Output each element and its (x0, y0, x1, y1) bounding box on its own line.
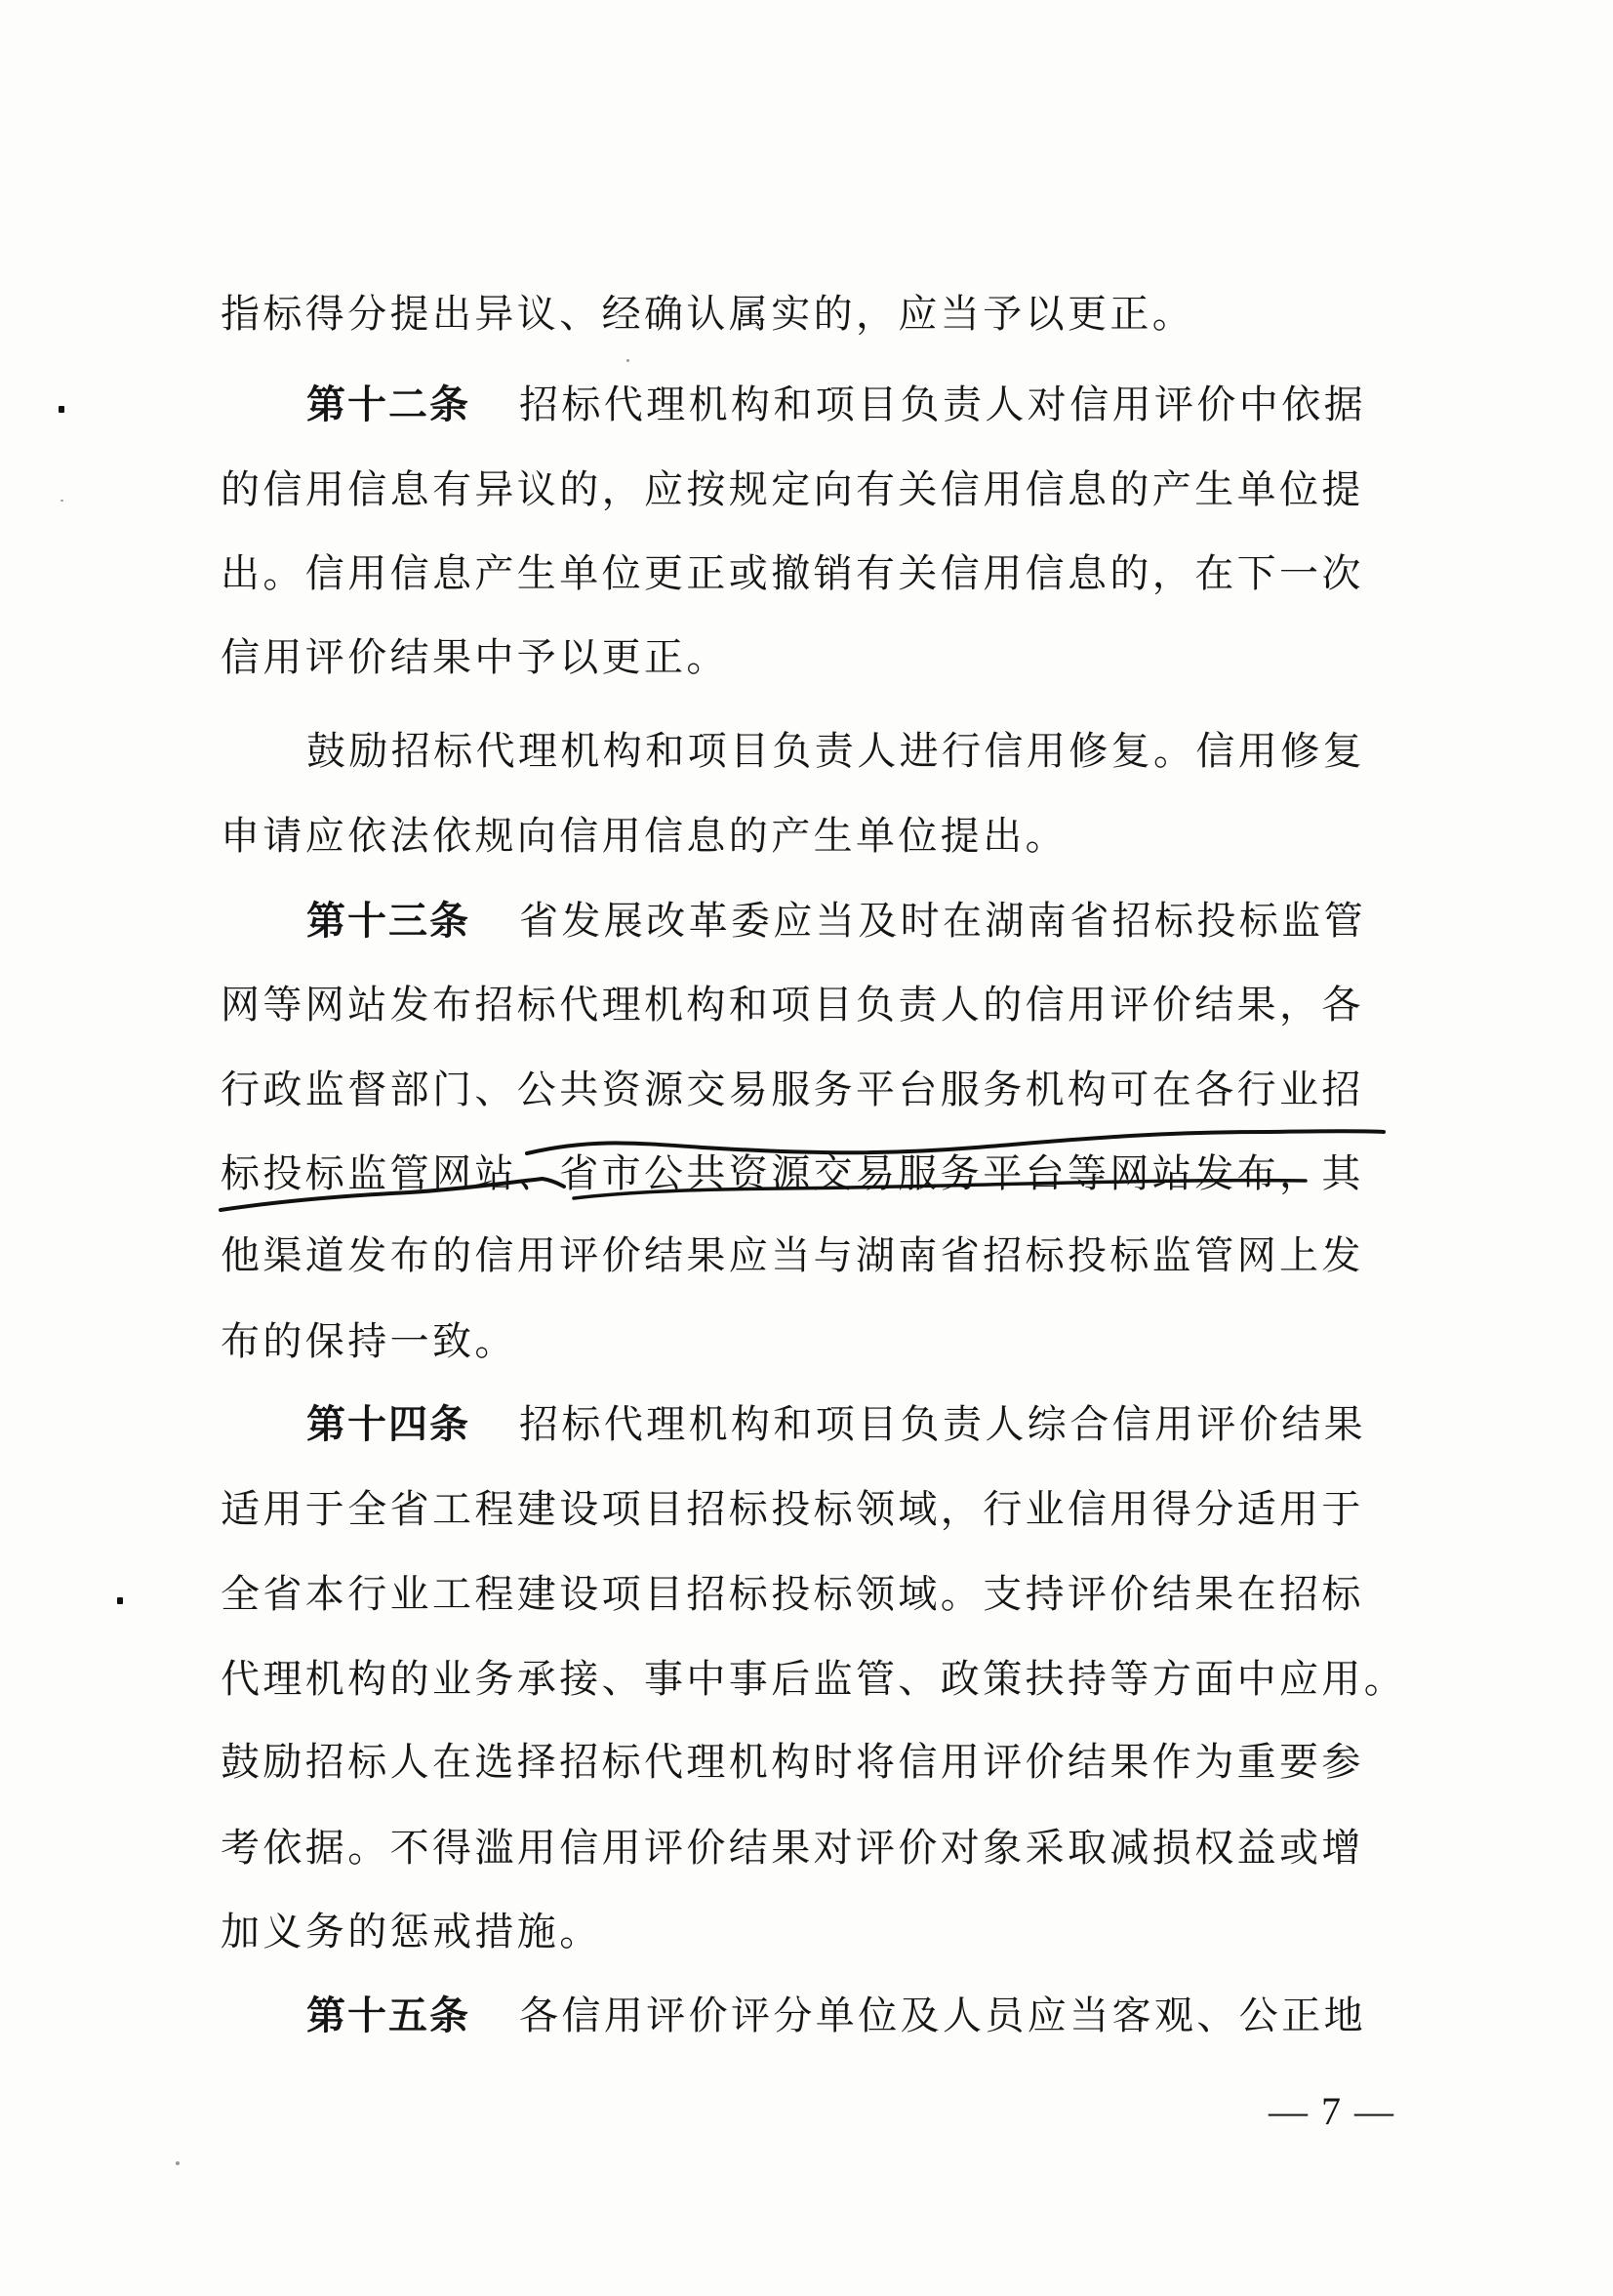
text-line: 的信用信息有异议的，应按规定向有关信用信息的产生单位提 (221, 466, 1411, 513)
text-line: 布的保持一致。 (221, 1318, 1411, 1365)
scan-speck (176, 2161, 180, 2165)
text-line: 申请应依法依规向信用信息的产生单位提出。 (221, 813, 1411, 860)
text-line: 鼓励招标代理机构和项目负责人进行信用修复。信用修复 (306, 728, 1497, 775)
text-line: 鼓励招标人在选择招标代理机构时将信用评价结果作为重要参 (221, 1739, 1411, 1786)
margin-mark (59, 406, 64, 413)
text-line: 各信用评价评分单位及人员应当客观、公正地 (519, 1994, 1366, 2038)
article-14-first-line: 第十四条招标代理机构和项目负责人综合信用评价结果 (306, 1401, 1497, 1448)
text-line: 信用评价结果中予以更正。 (221, 634, 1411, 681)
text-line: 出。信用信息产生单位更正或撤销有关信用信息的，在下一次 (221, 550, 1411, 597)
text-line: 招标代理机构和项目负责人对信用评价中依据 (519, 383, 1366, 427)
article-12-first-line: 第十二条招标代理机构和项目负责人对信用评价中依据 (306, 382, 1497, 428)
text-line: 考依据。不得滥用信用评价结果对评价对象采取减损权益或增 (221, 1825, 1411, 1872)
scan-speck (60, 500, 63, 502)
margin-mark (117, 1597, 123, 1604)
scan-speck (626, 359, 629, 362)
article-15-first-line: 第十五条各信用评价评分单位及人员应当客观、公正地 (306, 1993, 1497, 2039)
text-line: 适用于全省工程建设项目招标投标领域，行业信用得分适用于 (221, 1486, 1411, 1533)
text-line: 全省本行业工程建设项目招标投标领域。支持评价结果在招标 (221, 1571, 1411, 1618)
text-line: 省发展改革委应当及时在湖南省招标投标监管 (519, 899, 1366, 944)
text-line: 指标得分提出异议、经确认属实的，应当予以更正。 (221, 291, 1411, 338)
text-line: 行政监督部门、公共资源交易服务平台服务机构可在各行业招 (221, 1067, 1411, 1113)
text-line: 代理机构的业务承接、事中事后监管、政策扶持等方面中应用。 (221, 1656, 1411, 1703)
article-heading: 第十四条 (306, 1402, 470, 1447)
article-13-first-line: 第十三条省发展改革委应当及时在湖南省招标投标监管 (306, 898, 1497, 945)
article-heading: 第十三条 (306, 899, 470, 944)
article-heading: 第十二条 (306, 383, 470, 427)
text-line: 加义务的惩戒措施。 (221, 1909, 1411, 1955)
article-heading: 第十五条 (306, 1994, 470, 2038)
text-line: 标投标监管网站、省市公共资源交易服务平台等网站发布，其 (221, 1150, 1411, 1197)
text-line: 网等网站发布招标代理机构和项目负责人的信用评价结果，各 (221, 982, 1411, 1028)
page-number: — 7 — (1269, 2088, 1395, 2135)
document-page: 指标得分提出异议、经确认属实的，应当予以更正。 第十二条招标代理机构和项目负责人… (0, 0, 1613, 2296)
text-line: 他渠道发布的信用评价结果应当与湖南省招标投标监管网上发 (221, 1232, 1411, 1279)
text-line: 招标代理机构和项目负责人综合信用评价结果 (519, 1402, 1366, 1447)
